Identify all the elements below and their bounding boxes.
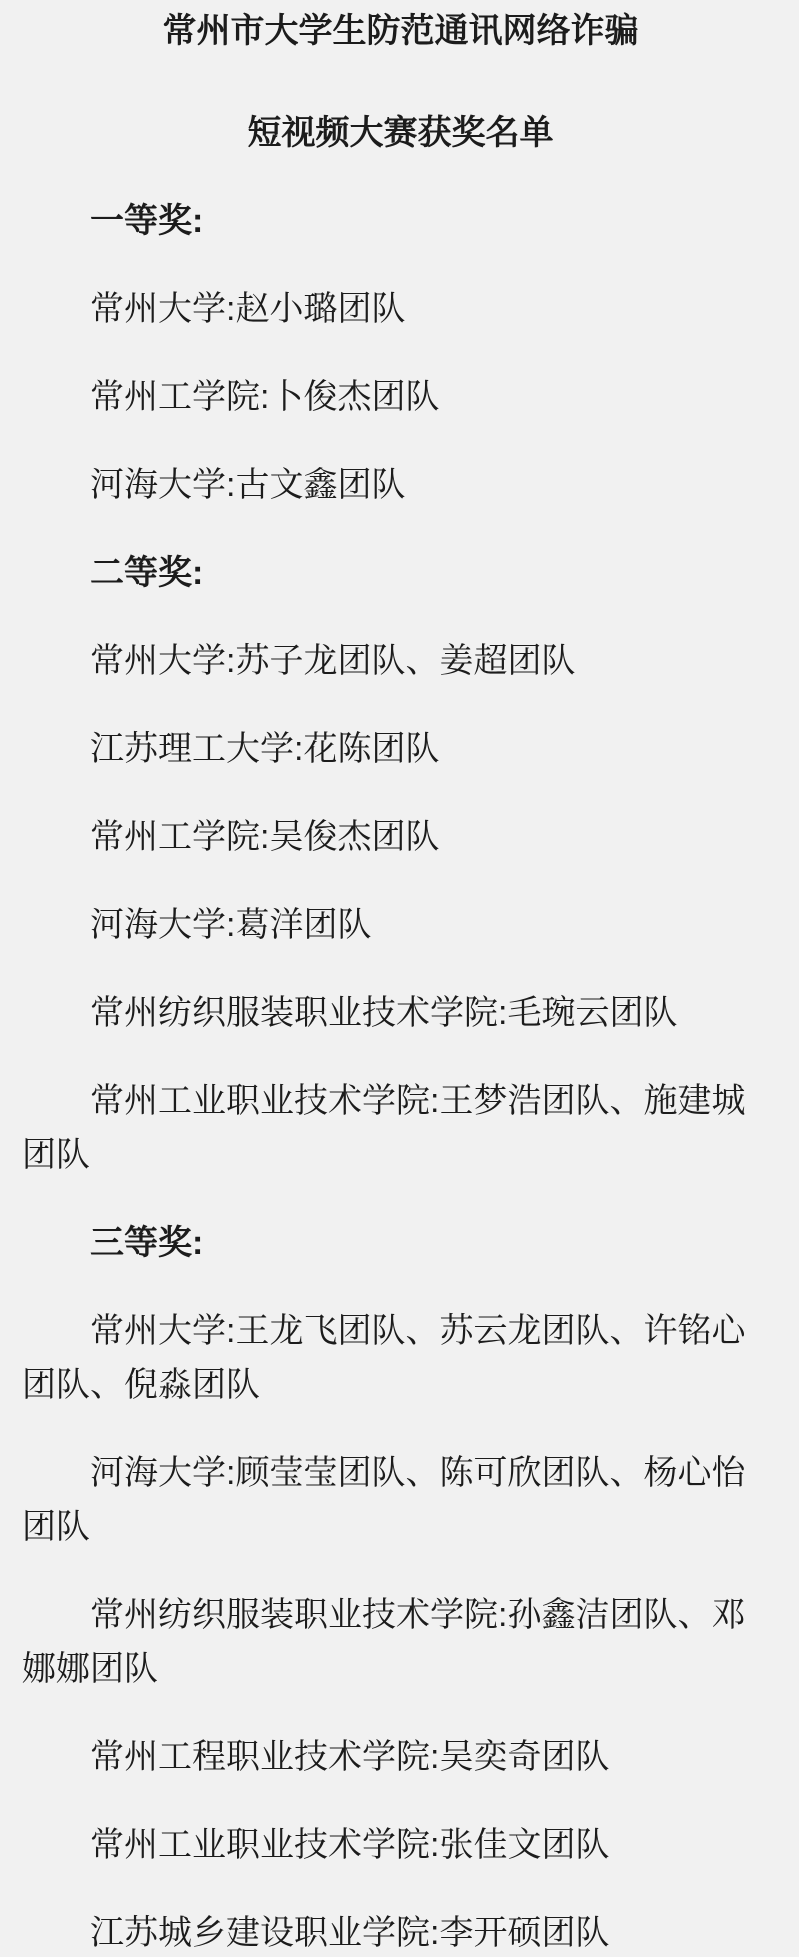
- doc-title-line2: 短视频大赛获奖名单: [22, 106, 779, 160]
- award-entry: 常州纺织服装职业技术学院:孙鑫洁团队、邓娜娜团队: [22, 1588, 779, 1696]
- award-entry: 河海大学:顾莹莹团队、陈可欣团队、杨心怡团队: [22, 1446, 779, 1554]
- award-entry: 河海大学:古文鑫团队: [22, 458, 779, 512]
- award-entry: 常州大学:王龙飞团队、苏云龙团队、许铭心团队、倪淼团队: [22, 1304, 779, 1412]
- award-heading-first-prize: 一等奖:: [22, 194, 779, 248]
- award-entry: 河海大学:葛洋团队: [22, 898, 779, 952]
- award-entry: 常州大学:苏子龙团队、姜超团队: [22, 634, 779, 688]
- award-entry: 常州工学院:吴俊杰团队: [22, 810, 779, 864]
- award-entry: 常州工程职业技术学院:吴奕奇团队: [22, 1730, 779, 1784]
- award-entry: 常州工业职业技术学院:张佳文团队: [22, 1818, 779, 1872]
- article-page: 常州市大学生防范通讯网络诈骗 短视频大赛获奖名单 一等奖: 常州大学:赵小璐团队…: [0, 0, 799, 1957]
- award-heading-third-prize: 三等奖:: [22, 1216, 779, 1270]
- award-heading-second-prize: 二等奖:: [22, 546, 779, 600]
- award-entry: 常州大学:赵小璐团队: [22, 282, 779, 336]
- award-entry: 常州工业职业技术学院:王梦浩团队、施建城团队: [22, 1074, 779, 1182]
- award-entry: 常州纺织服装职业技术学院:毛琬云团队: [22, 986, 779, 1040]
- doc-title-line1: 常州市大学生防范通讯网络诈骗: [22, 4, 779, 58]
- award-entry: 常州工学院:卜俊杰团队: [22, 370, 779, 424]
- award-entry: 江苏理工大学:花陈团队: [22, 722, 779, 776]
- award-entry: 江苏城乡建设职业学院:李开硕团队: [22, 1906, 779, 1957]
